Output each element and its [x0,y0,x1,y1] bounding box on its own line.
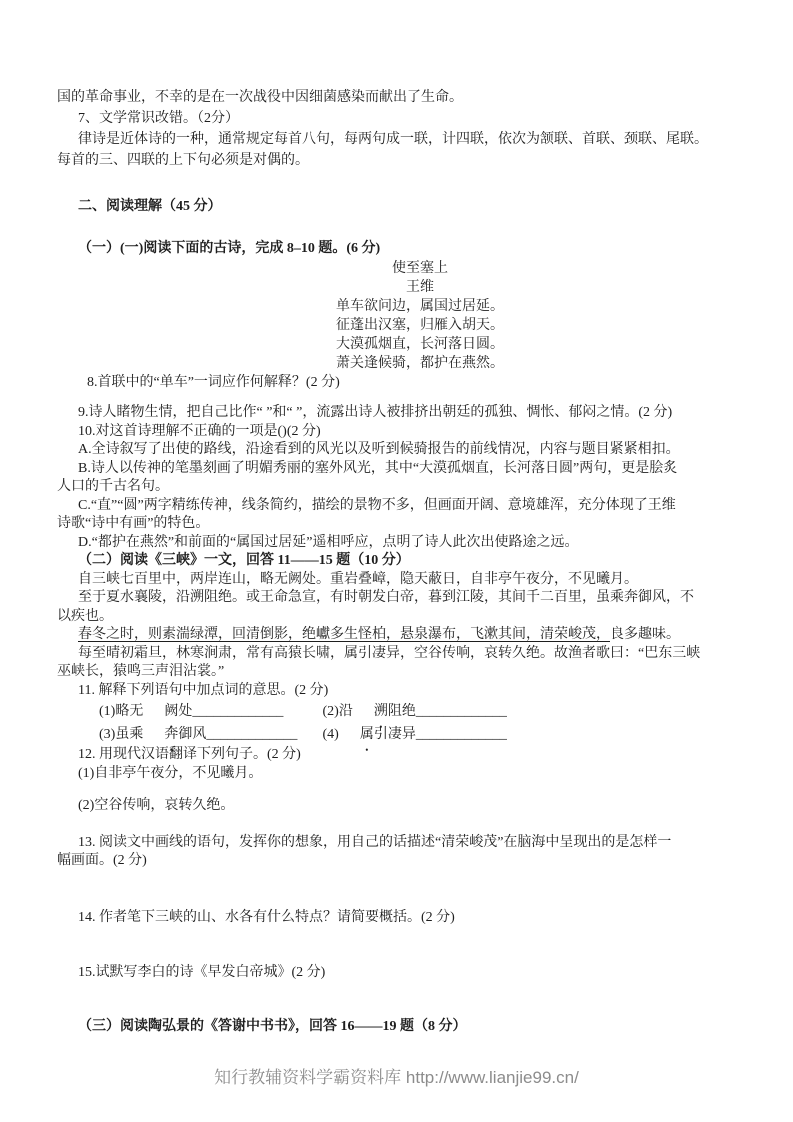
dotted-char: 属 [339,723,374,746]
section-2-heading: 二、阅读理解（45 分） [57,197,747,217]
q11-item-1-blank: 处_____________ [178,704,283,719]
poem-line: 大漠孤烟直，长河落日圆。 [93,335,747,354]
continuation-line: 国的革命事业，不幸的是在一次战役中因细菌感染而献出了生命。 [57,87,747,108]
poem-line: 单车欲问边，属国过居延。 [93,297,747,316]
part-3-heading: （三）阅读陶弘景的《答谢中书书》，回答 16——19 题（8 分） [57,1018,747,1037]
exam-content: 国的革命事业，不幸的是在一次战役中因细菌感染而献出了生命。 7、文学常识改错。（… [57,87,747,1036]
question-7-body-1: 律诗是近体诗的一种，通常规定每首八句，每两句成一联，计四联，依次为颔联、首联、颈… [57,129,747,150]
question-7-body-2: 每首的三、四联的上下句必须是对偶的。 [57,150,747,171]
poem-author: 王维 [93,278,747,297]
option-d: D.“都护在燕然”和前面的“属国过居延”遥相呼应，点明了诗人此次出使路途之远。 [57,534,747,553]
sanxia-line-3: 以疾也。 [57,608,747,627]
question-12-sentence-2: (2)空谷传响，哀转久绝。 [57,797,747,816]
q11-item-4-pre: (4) [323,727,339,742]
part-1-heading: （一）(一)阅读下面的古诗，完成 8–10 题。(6 分) [57,239,747,259]
part-2-heading: （二）阅读《三峡》一文，回答 11——15 题（10 分） [57,552,747,571]
question-11-row-2: (3)虽乘奔御风_____________ (4)属引凄异___________… [57,723,747,746]
q11-item-2-pre: (2)沿 [323,704,353,719]
question-15: 15.试默写李白的诗《早发白帝城》(2 分) [57,964,747,983]
q11-item-2-blank: 阻绝_____________ [388,704,507,719]
q11-item-1-pre: (1)略无 [99,704,143,719]
question-10: 10.对这首诗理解不正确的一项是()(2 分) [57,423,747,442]
q11-item-4-blank: 引凄异_____________ [374,727,507,742]
exam-page: 国的革命事业，不幸的是在一次战役中因细菌感染而献出了生命。 7、文学常识改错。（… [0,0,793,1122]
q11-item-3-pre: (3)虽乘 [99,727,143,742]
spacer [57,393,747,404]
poem-title: 使至塞上 [93,259,747,278]
q11-item-3-blank: 御风_____________ [178,727,297,742]
spacer [57,217,747,239]
option-c-line-1: C.“直”“圆”两字精练传神，线条简约，描绘的景物不多，但画面开阔、意境雄浑，充… [57,497,747,516]
question-11-row-1: (1)略无阙处_____________ (2)沿溯阻绝____________… [57,700,747,723]
spacer [57,171,747,197]
question-14: 14. 作者笔下三峡的山、水各有什么特点？请简要概括。(2 分) [57,909,747,928]
underlined-passage: 春冬之时，则素湍绿潭，回清倒影，绝巘多生怪柏，悬泉瀑布，飞漱其间，清荣峻茂， [78,627,610,642]
question-9: 9.诗人睹物生情，把自己比作“ ”和“ ”，流露出诗人被排挤出朝廷的孤独、惆怅、… [57,404,747,423]
sanxia-line-1: 自三峡七百里中，两岸连山，略无阙处。重岩叠嶂，隐天蔽日，自非亭午夜分，不见曦月。 [57,571,747,590]
sanxia-line-4-tail: 良多趣味。 [610,627,680,642]
q11-item-3: (3)虽乘奔御风_____________ [78,723,319,746]
q11-item-1: (1)略无阙处_____________ [78,700,319,723]
question-13-line-1: 13. 阅读文中画线的语句，发挥你的想象，用自己的话描述“清荣峻茂”在脑海中呈现… [57,834,747,853]
option-b-line-2: 人口的千古名句。 [57,478,747,497]
q11-item-4: (4)属引凄异_____________ [323,727,507,742]
poem-block: 使至塞上 王维 单车欲问边，属国过居延。 征蓬出汉塞，归雁入胡天。 大漠孤烟直，… [57,259,747,373]
spacer [57,983,747,1018]
poem-line: 征蓬出汉塞，归雁入胡天。 [93,316,747,335]
sanxia-line-2: 至于夏水襄陵，沿溯阻绝。或王命急宣，有时朝发白帝，暮到江陵，其间千二百里，虽乘奔… [57,589,747,608]
option-c-line-2: 诗歌“诗中有画”的特色。 [57,515,747,534]
footer-watermark: 知行教辅资料学霸资料库 http://www.lianjie99.cn/ [0,1066,793,1090]
dotted-char: 阙 [143,700,178,723]
spacer [57,927,747,964]
question-12-sentence-1: (1)自非亭午夜分，不见曦月。 [57,765,747,784]
sanxia-line-6: 巫峡长，猿鸣三声泪沾裳。” [57,663,747,682]
poem-line: 萧关逢候骑，都护在燕然。 [93,354,747,373]
question-11: 11. 解释下列语句中加点词的意思。(2 分) [57,682,747,701]
dotted-char: 奔 [143,723,178,746]
spacer [57,816,747,834]
question-7: 7、文学常识改错。（2分） [57,108,747,129]
option-a: A.全诗叙写了出使的路线，沿途看到的风光以及听到候骑报告的前线情况，内容与题目紧… [57,441,747,460]
spacer [57,783,747,797]
sanxia-line-5: 每至晴初霜旦，林寒涧肃，常有高猿长啸，属引凄异，空谷传响，哀转久绝。故渔者歌曰：… [57,645,747,664]
sanxia-line-4-underlined: 春冬之时，则素湍绿潭，回清倒影，绝巘多生怪柏，悬泉瀑布，飞漱其间，清荣峻茂，良多… [57,626,747,645]
dotted-char: 溯 [353,700,388,723]
question-8: 8.首联中的“单车”一词应作何解释？(2 分) [57,373,747,393]
option-b-line-1: B.诗人以传神的笔墨刻画了明媚秀丽的塞外风光，其中“大漠孤烟直，长河落日圆”两句… [57,460,747,479]
spacer [57,871,747,909]
question-13-line-2: 幅画面。(2 分) [57,852,747,871]
q11-item-2: (2)沿溯阻绝_____________ [323,704,507,719]
